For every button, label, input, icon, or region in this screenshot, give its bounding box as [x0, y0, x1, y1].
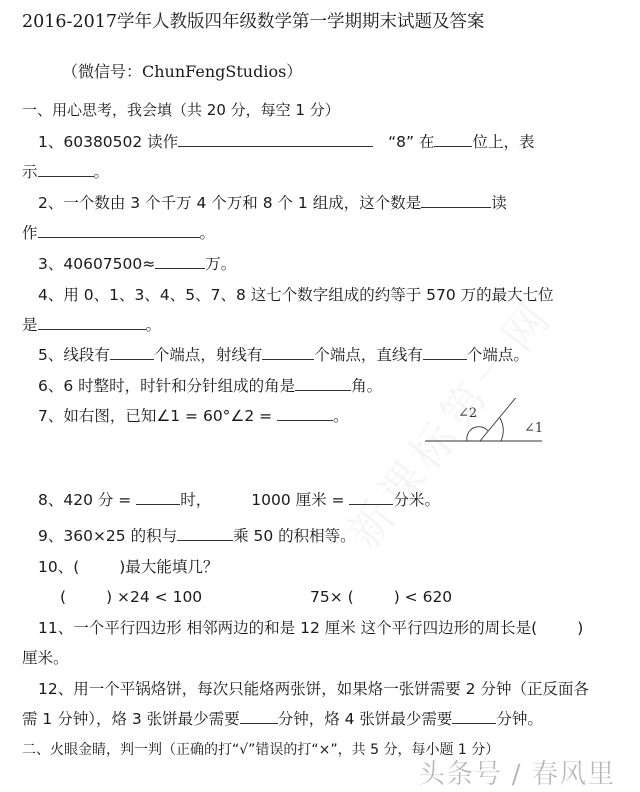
question-10-part-a: () ×24 < 100: [60, 587, 202, 607]
q7-blank[interactable]: [277, 406, 333, 421]
q2-text-as: 作: [22, 224, 38, 242]
q9-text: 9、360×25 的积与: [38, 527, 177, 545]
question-7: 7、如右图，已知∠1 = 60°∠2 = 。: [38, 406, 349, 426]
question-4-line2: 是。: [22, 315, 161, 335]
q9-text-end: 乘 50 的积相等。: [233, 527, 356, 545]
q6-blank[interactable]: [295, 376, 351, 391]
q8-text-minutes: 8、420 分 =: [38, 491, 136, 509]
q2-blank-number[interactable]: [421, 193, 491, 208]
q9-blank[interactable]: [177, 526, 233, 541]
document-title: 2016-2017学年人教版四年级数学第一学期期末试题及答案: [22, 12, 484, 32]
q10b-text-end: ) < 620: [394, 588, 452, 606]
q1-text-8: “8” 在: [388, 133, 434, 151]
q6-unit: 角。: [351, 377, 382, 395]
q10a-text: ) ×24 < 100: [106, 588, 202, 606]
q1-blank-place[interactable]: [434, 132, 472, 147]
q5-blank-segment[interactable]: [110, 345, 154, 360]
q7-text: 7、如右图，已知∠1 = 60°∠2 =: [38, 407, 277, 425]
q1-text-represent: 示: [22, 163, 38, 181]
q7-period: 。: [333, 407, 349, 425]
q2-text: 2、一个数由 3 个千万 4 个万和 8 个 1 组成，这个数是: [38, 194, 421, 212]
question-2-line1: 2、一个数由 3 个千万 4 个万和 8 个 1 组成，这个数是读: [38, 193, 507, 213]
q8-blank-hours[interactable]: [136, 490, 180, 505]
brand-watermark: 头条号 / 春风里: [418, 752, 615, 791]
question-2-line2: 作。: [22, 223, 215, 243]
q4-period: 。: [146, 316, 162, 334]
q11-close: ): [577, 619, 583, 637]
question-1-line2: 示。: [22, 162, 109, 182]
question-1-line1: 1、60380502 读作 “8” 在位上，表: [38, 132, 535, 152]
question-10-part-b: 75× () < 620: [310, 587, 452, 607]
q5-text-segment: 5、线段有: [38, 346, 110, 364]
question-9: 9、360×25 的积与乘 50 的积相等。: [38, 526, 356, 546]
q12-text-4: 分钟，烙 4 张饼最少需要: [278, 710, 453, 728]
question-6: 6、6 时整时，时针和分针组成的角是角。: [38, 376, 382, 396]
q1-text-position: 位上，表: [472, 133, 534, 151]
question-11-line2: 厘米。: [22, 648, 69, 668]
q8-text-hours: 时，: [180, 491, 211, 509]
q4-text-is: 是: [22, 316, 38, 334]
q5-text-ray: 个端点，射线有: [154, 346, 263, 364]
q12-text-end: 分钟。: [496, 710, 543, 728]
q5-text-line: 个端点，直线有: [314, 346, 423, 364]
question-11-line1: 11、一个平行四边形 相邻两边的和是 12 厘米 这个平行四边形的周长是(): [38, 618, 583, 638]
angle-1-label: ∠1: [524, 421, 543, 436]
q10-text: )最大能填几？: [119, 558, 218, 576]
q2-text-read: 读: [491, 194, 507, 212]
q6-text: 6、6 时整时，时针和分针组成的角是: [38, 377, 295, 395]
q11-text: 11、一个平行四边形 相邻两边的和是 12 厘米 这个平行四边形的周长是(: [38, 619, 537, 637]
q10-text-open: 10、(: [38, 558, 79, 576]
q12-blank-3[interactable]: [240, 709, 278, 724]
document-subtitle: （微信号：ChunFengStudios）: [62, 62, 302, 82]
q4-blank[interactable]: [38, 315, 146, 330]
question-10: 10、()最大能填几？: [38, 557, 218, 577]
question-3: 3、40607500≈万。: [38, 254, 236, 274]
q12-blank-4[interactable]: [452, 709, 496, 724]
q3-blank[interactable]: [155, 254, 205, 269]
q3-text: 3、40607500≈: [38, 255, 155, 273]
q1-text: 1、60380502 读作: [38, 133, 178, 151]
q8-text-cm: 1000 厘米 =: [251, 491, 349, 509]
q10b-text: 75× (: [310, 588, 354, 606]
question-12-line1: 12、用一个平锅烙饼，每次只能烙两张饼，如果烙一张饼需要 2 分钟（正反面各: [38, 679, 589, 699]
q10a-open: (: [60, 588, 66, 606]
q5-blank-ray[interactable]: [262, 345, 314, 360]
q2-blank-reading[interactable]: [38, 223, 200, 238]
question-4-line1: 4、用 0、1、3、4、5、7、8 这七个数字组成的约等于 570 万的最大七位: [38, 285, 554, 305]
q1-period: 。: [94, 163, 110, 181]
q12-text-3: 需 1 分钟），烙 3 张饼最少需要: [22, 710, 240, 728]
section1-heading: 一、用心思考，我会填（共 20 分，每空 1 分）: [22, 100, 340, 120]
q1-blank-meaning[interactable]: [38, 162, 94, 177]
question-12-line2: 需 1 分钟），烙 3 张饼最少需要分钟，烙 4 张饼最少需要分钟。: [22, 709, 543, 729]
q1-blank-reading[interactable]: [178, 132, 373, 147]
q3-unit: 万。: [205, 255, 236, 273]
q2-period: 。: [200, 224, 216, 242]
